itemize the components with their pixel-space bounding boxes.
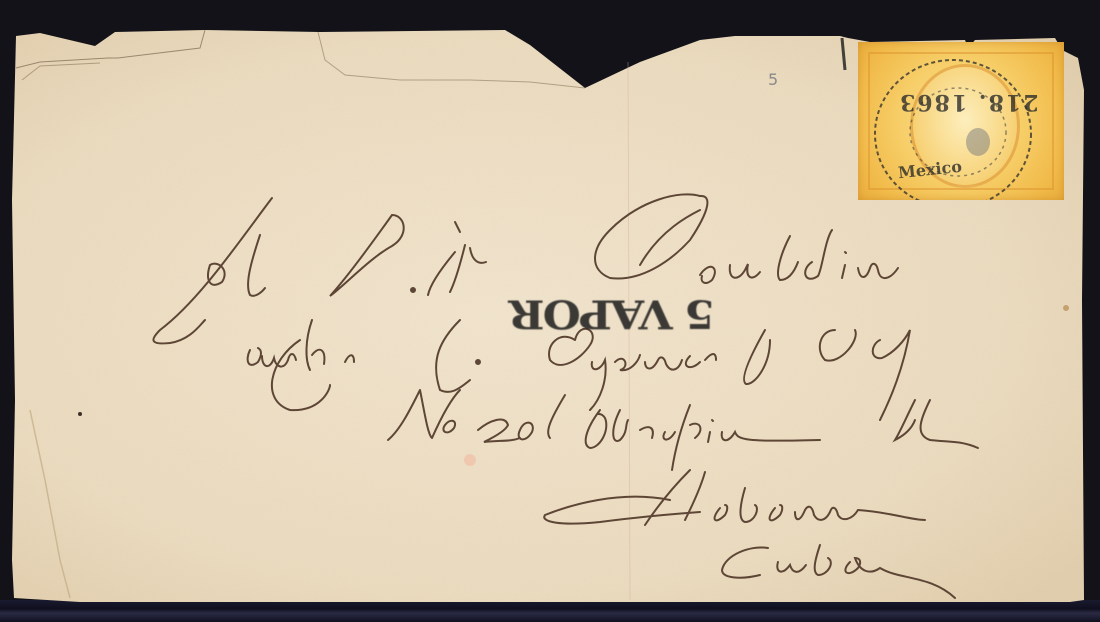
pencil-note: 5: [768, 70, 778, 89]
postage-stamp: 218. 1863 Mexico: [858, 42, 1064, 200]
envelope: Col D. Wm Bouldin care Chs L. Rysner & C…: [0, 0, 1100, 622]
postmark-date: 218. 1863: [898, 89, 1038, 115]
vapor-handstamp: 5 VAPOR: [510, 291, 715, 337]
postmark-circle: [858, 42, 1064, 200]
